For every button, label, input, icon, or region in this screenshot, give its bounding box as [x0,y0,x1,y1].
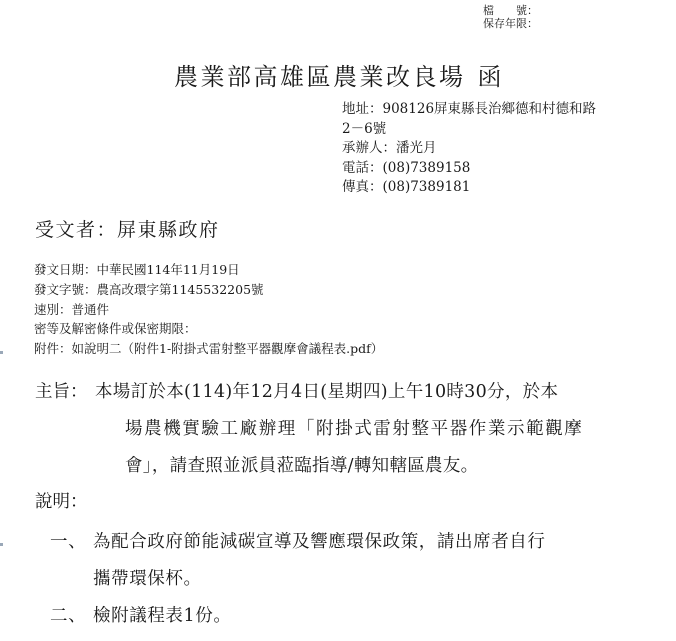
explanation-item-1-continued: 攜帶環保杯。 [93,566,202,592]
contact-block: 地址：908126屏東縣長治鄉德和村德和路 2－6號 承辦人：潘光月 電話：(0… [342,100,596,198]
delivery-speed: 速別：普通件 [34,300,383,320]
item-number: 二、 [50,603,93,629]
recipient: 受文者：屏東縣政府 [35,216,220,244]
secrecy-level: 密等及解密條件或保密期限： [34,319,383,339]
document-meta: 發文日期：中華民國114年11月19日 發文字號：農高改環字第114553220… [34,260,383,359]
item-text-line-1: 為配合政府節能減碳宣導及響應環保政策，請出席者自行 [93,532,546,552]
file-info: 檔 號： 保存年限： [483,4,538,30]
item-number: 一、 [50,529,93,555]
item-text-line-1: 檢附議程表1份。 [93,606,231,626]
address-line-1: 地址：908126屏東縣長治鄉德和村德和路 [342,100,596,120]
retention-period-label: 保存年限： [483,17,538,30]
binding-mark [0,543,3,546]
handler: 承辦人：潘光月 [342,139,596,159]
explanation-label: 說明： [35,489,88,515]
explanation-item-1: 一、為配合政府節能減碳宣導及響應環保政策，請出席者自行 [50,529,546,555]
agency-name: 農業部高雄區農業改良場 [174,63,466,91]
subject-line-2: 場農機實驗工廠辦理「附掛式雷射整平器作業示範觀摩 [125,411,583,448]
document-type: 函 [478,63,505,91]
binding-mark [0,351,3,354]
explanation-item-2: 二、檢附議程表1份。 [50,603,231,629]
subject-line-1: 本場訂於本(114)年12月4日(星期四)上午10時30分，於本 [95,374,558,411]
subject-label: 主旨： [35,374,88,411]
address-line-2: 2－6號 [342,120,596,140]
document-title: 農業部高雄區農業改良場函 [174,60,504,94]
item-text-line-2: 攜帶環保杯。 [93,569,202,589]
file-number-label: 檔 號： [483,4,538,17]
fax: 傳真：(08)7389181 [342,178,596,198]
subject-line-3: 會」，請查照並派員蒞臨指導/轉知轄區農友。 [125,448,478,485]
attachment: 附件：如說明二（附件1-附掛式雷射整平器觀摩會議程表.pdf） [34,339,383,359]
document-number: 發文字號：農高改環字第1145532205號 [34,280,383,300]
issue-date: 發文日期：中華民國114年11月19日 [34,260,383,280]
phone: 電話：(08)7389158 [342,159,596,179]
